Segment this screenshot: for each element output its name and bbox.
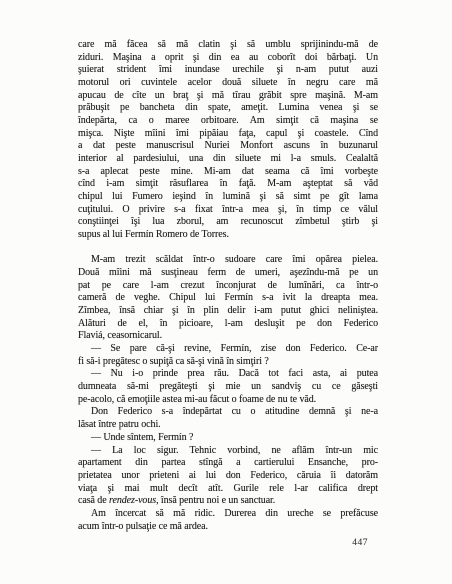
text-line: Am încercat să mă ridic. Durerea din ure… (78, 508, 378, 521)
paragraph: — Nu i-o prinde prea rău. Dacă tot faci … (78, 368, 378, 406)
text-line: Don Federico s-a îndepărtat cu o atitudi… (78, 406, 378, 419)
text-line: Alături de el, în picioare, l-am desluşi… (78, 318, 378, 331)
text-line: — La loc sigur. Tehnic vorbind, ne aflăm… (78, 445, 378, 458)
text-segment: dumneata să-mi pregăteşti şi mie un sand… (78, 381, 378, 392)
text-line: casă de rendez-vous, însă pentru noi e u… (78, 495, 378, 508)
text-segment: interior al pardesiului, una din siluete… (78, 153, 378, 164)
text-segment: pe-acolo, că emoţiile astea mi-au făcut … (78, 394, 316, 405)
text-segment: acum într-o pulsaţie ce mă ardea. (78, 521, 208, 532)
text-line: lăsat între patru ochi. (78, 419, 378, 432)
text-segment: Don Federico s-a îndepărtat cu o atitudi… (91, 406, 378, 417)
text-line: M-am trezit scăldat într-o sudoare care … (78, 254, 378, 267)
text-segment: chipul lui Fumero ieşind în lumină şi să… (78, 191, 378, 202)
text-segment: — Unde sîntem, Fermín ? (91, 432, 193, 443)
text-line: cînd i-am simţit răsuflarea în faţă. M-a… (78, 178, 378, 191)
text-line: apartament din partea stîngă a cartierul… (78, 457, 378, 470)
text-segment: cuţitului. O privire s-a fixat într-a me… (78, 204, 378, 215)
text-line: interior al pardesiului, una din siluete… (78, 153, 378, 166)
text-segment: — Se pare că-şi revine, Fermín, zise don… (91, 343, 378, 354)
text-segment: M-am trezit scăldat într-o sudoare care … (91, 254, 378, 265)
text-line: îndepărta, ca o maree orbitoare. Am simţ… (78, 115, 378, 128)
paragraph: — La loc sigur. Tehnic vorbind, ne aflăm… (78, 445, 378, 508)
text-segment: Flaviá, ceasornicarul. (78, 330, 162, 341)
paragraph: Don Federico s-a îndepărtat cu o atitudi… (78, 406, 378, 431)
text-segment: ziduri. Maşina a oprit şi din ea au cobo… (78, 52, 378, 63)
paragraph: care mă făcea să mă clatin şi să umblu s… (78, 39, 378, 242)
text-segment: apartament din partea stîngă a cartierul… (78, 457, 378, 468)
text-segment: a dat peste manuscrisul Nuriei Monfort a… (78, 140, 378, 151)
text-line: apucau de cîte un braţ şi mă tîrau grăbi… (78, 90, 378, 103)
text-segment: fi să-i pregătesc o supiţă ca să-şi vină… (78, 356, 269, 367)
text-segment: prietatea unor prieteni ai lui don Feder… (78, 470, 378, 481)
book-page: care mă făcea să mă clatin şi să umblu s… (0, 0, 452, 584)
text-segment: Două mîini mă susţineau ferm de umeri, a… (78, 267, 378, 278)
text-segment: s-a aplecat peste mine. Mi-am dat seama … (78, 166, 378, 177)
text-segment: pat pe care l-am crezut înconjurat de lu… (78, 280, 378, 291)
text-line: prietatea unor prieteni ai lui don Feder… (78, 470, 378, 483)
text-line: a dat peste manuscrisul Nuriei Monfort a… (78, 140, 378, 153)
text-segment: apucau de cîte un braţ şi mă tîrau grăbi… (78, 90, 378, 101)
paragraph: M-am trezit scăldat într-o sudoare care … (78, 254, 378, 343)
page-number: 447 (78, 538, 368, 548)
text-line: chipul lui Fumero ieşind în lumină şi să… (78, 191, 378, 204)
text-line: supus al lui Fermín Romero de Torres. (78, 229, 378, 242)
text-block: care mă făcea să mă clatin şi să umblu s… (78, 39, 378, 533)
text-segment: — Nu i-o prinde prea rău. Dacă tot faci … (91, 368, 378, 379)
text-line: s-a aplecat peste mine. Mi-am dat seama … (78, 166, 378, 179)
text-line: — Se pare că-şi revine, Fermín, zise don… (78, 343, 378, 356)
text-segment: lăsat între patru ochi. (78, 419, 161, 430)
text-line: dumneata să-mi pregăteşti şi mie un sand… (78, 381, 378, 394)
text-line: cameră de veghe. Chipul lui Fermín s-a i… (78, 292, 378, 305)
text-line: Flaviá, ceasornicarul. (78, 330, 378, 343)
text-segment: cameră de veghe. Chipul lui Fermín s-a i… (78, 292, 378, 303)
text-line: care mă făcea să mă clatin şi să umblu s… (78, 39, 378, 52)
text-line: viaţa şi mai mult decît atît. Gurile rel… (78, 483, 378, 496)
text-segment: supus al lui Fermín Romero de Torres. (78, 229, 229, 240)
text-segment: cînd i-am simţit răsuflarea în faţă. M-a… (78, 178, 378, 189)
text-line: mişca. Nişte mîini îmi pipăiau faţa, cap… (78, 128, 378, 141)
text-segment: casă de (78, 495, 109, 506)
text-line: cuţitului. O privire s-a fixat într-a me… (78, 204, 378, 217)
text-segment: Zîmbea, însă chiar şi în plin delir i-am… (78, 305, 378, 316)
text-segment: mişca. Nişte mîini îmi pipăiau faţa, cap… (78, 128, 378, 139)
text-segment: Alături de el, în picioare, l-am desluşi… (78, 318, 378, 329)
text-segment: conştiinţei îşi lua zborul, am recunoscu… (78, 216, 378, 227)
text-segment: viaţa şi mai mult decît atît. Gurile rel… (78, 483, 378, 494)
text-segment: prăbuşit pe bancheta din spate, ameţit. … (78, 102, 378, 113)
text-segment: şuierat strident îmi inundase urechile ş… (78, 64, 378, 75)
text-line: Zîmbea, însă chiar şi în plin delir i-am… (78, 305, 378, 318)
text-line: şuierat strident îmi inundase urechile ş… (78, 64, 378, 77)
text-line: fi să-i pregătesc o supiţă ca să-şi vină… (78, 356, 378, 369)
paragraph: — Unde sîntem, Fermín ? (78, 432, 378, 445)
text-line: acum într-o pulsaţie ce mă ardea. (78, 521, 378, 534)
text-line: pe-acolo, că emoţiile astea mi-au făcut … (78, 394, 378, 407)
paragraph: — Se pare că-şi revine, Fermín, zise don… (78, 343, 378, 368)
text-line: — Unde sîntem, Fermín ? (78, 432, 378, 445)
text-segment: îndepărta, ca o maree orbitoare. Am simţ… (78, 115, 378, 126)
text-segment: care mă făcea să mă clatin şi să umblu s… (78, 39, 378, 50)
text-line: pat pe care l-am crezut înconjurat de lu… (78, 280, 378, 293)
text-segment: motorul ori cuvintele acelor două siluet… (78, 77, 378, 88)
text-line: motorul ori cuvintele acelor două siluet… (78, 77, 378, 90)
text-segment: , însă pentru noi e un sanctuar. (156, 495, 275, 506)
text-line: conştiinţei îşi lua zborul, am recunoscu… (78, 216, 378, 229)
text-line: Două mîini mă susţineau ferm de umeri, a… (78, 267, 378, 280)
text-segment: Am încercat să mă ridic. Durerea din ure… (91, 508, 378, 519)
text-line: ziduri. Maşina a oprit şi din ea au cobo… (78, 52, 378, 65)
text-line: prăbuşit pe bancheta din spate, ameţit. … (78, 102, 378, 115)
italic-text: rendez-vous (109, 495, 156, 506)
text-segment: — La loc sigur. Tehnic vorbind, ne aflăm… (91, 445, 378, 456)
paragraph: Am încercat să mă ridic. Durerea din ure… (78, 508, 378, 533)
text-line: — Nu i-o prinde prea rău. Dacă tot faci … (78, 368, 378, 381)
